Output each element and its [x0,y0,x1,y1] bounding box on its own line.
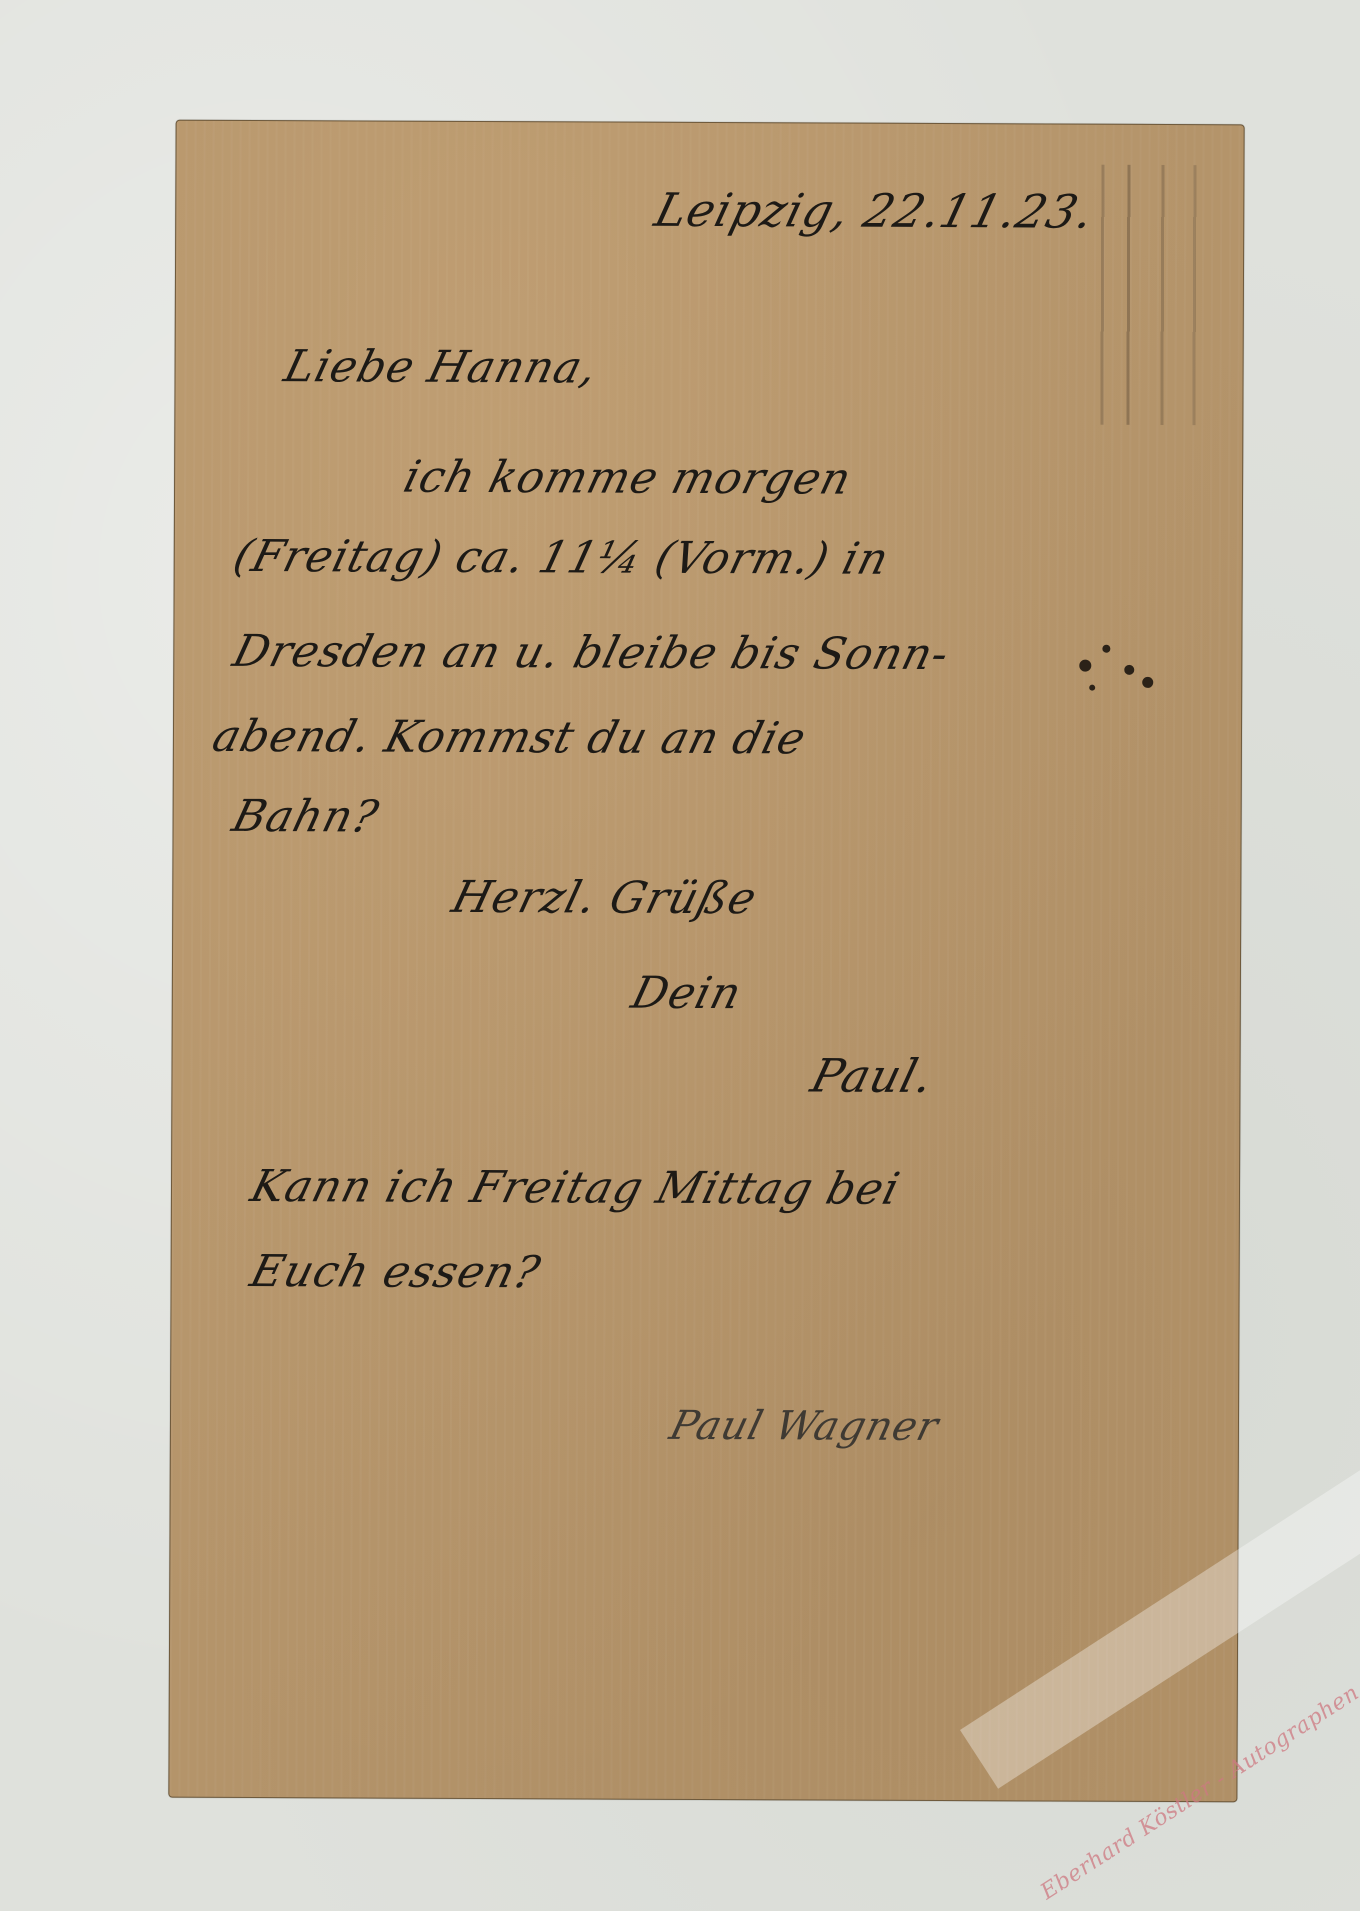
place-and-date: Leipzig, 22.11.23. [649,183,1100,239]
ink-blot [1102,645,1110,653]
postmark-smudges [1082,165,1213,426]
ink-blot [1142,677,1153,688]
body-line-2: (Freitag) ca. 11¼ (Vorm.) in [228,531,894,585]
closing-greeting: Herzl. Grüße [447,872,763,924]
body-line-5: Bahn? [227,791,384,843]
body-line-4: abend. Kommst du an die [208,711,812,765]
postscript-line-1: Kann ich Freitag Mittag bei [246,1161,906,1215]
body-line-3: Dresden an u. bleibe bis Sonn- [228,626,955,680]
ink-blot [1089,685,1095,691]
scan-mount-background: Leipzig, 22.11.23. Liebe Hanna, ich komm… [0,0,1360,1911]
postscript-line-2: Euch essen? [245,1246,546,1298]
closing-name: Paul. [806,1048,940,1102]
ink-blot [1124,665,1134,675]
closing-possessive: Dein [626,968,747,1019]
ink-blot [1079,660,1091,672]
pencil-attribution-note: Paul Wagner [665,1403,944,1450]
postcard: Leipzig, 22.11.23. Liebe Hanna, ich komm… [168,120,1244,1803]
body-line-1: ich komme morgen [399,452,857,505]
salutation: Liebe Hanna, [279,341,603,393]
